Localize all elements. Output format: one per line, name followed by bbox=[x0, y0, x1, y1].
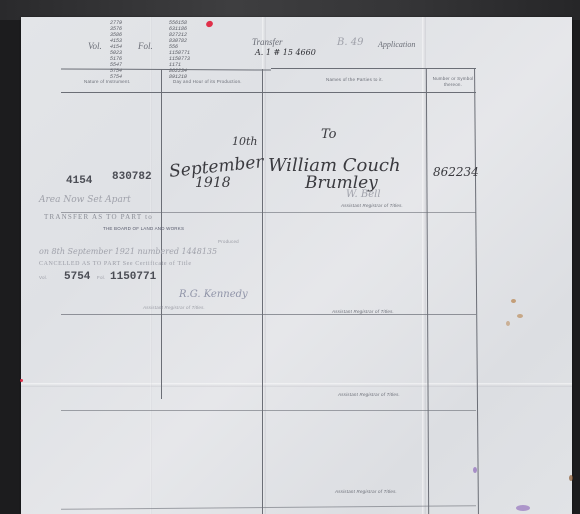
rust-stain bbox=[511, 299, 516, 303]
entry-vol: 4154 bbox=[66, 175, 92, 187]
column-divider-2 bbox=[262, 69, 263, 514]
column-header-number: Number or Symbol thereon. bbox=[432, 76, 474, 88]
new-fol-label: Fol. bbox=[97, 275, 105, 280]
column-header-bottom-rule bbox=[61, 92, 476, 93]
new-fol: 1150771 bbox=[110, 271, 156, 283]
transfer-registrar-caption: Assistant Registrar of Titles. bbox=[143, 305, 205, 310]
registrar-signature: W. Bell bbox=[346, 189, 381, 200]
application-label: Application bbox=[378, 40, 415, 49]
rust-stain bbox=[517, 314, 523, 318]
empty-registrar-caption-2: Assistant Registrar of Titles. bbox=[338, 392, 400, 397]
header-rule bbox=[61, 68, 271, 70]
row-rule-4 bbox=[61, 505, 476, 510]
entry-fol: 830782 bbox=[112, 171, 152, 183]
entry-day: 10th bbox=[232, 135, 258, 148]
purple-stain bbox=[473, 467, 477, 473]
new-vol-label: Vol. bbox=[39, 275, 47, 280]
column-divider-1 bbox=[161, 69, 162, 399]
column-divider-4 bbox=[474, 69, 479, 514]
new-vol: 5754 bbox=[64, 271, 90, 283]
entry-to-label: To bbox=[321, 127, 337, 142]
cancelled-line: CANCELLED AS TO PART See Certificate of … bbox=[39, 261, 192, 267]
transfer-rule bbox=[61, 314, 476, 315]
red-dot bbox=[20, 379, 23, 382]
transfer-signature: R.G. Kennedy bbox=[179, 289, 248, 300]
transfer-date-line: on 8th September 1921 numbered 1448135 bbox=[39, 247, 217, 256]
fol-label: Fol. bbox=[138, 41, 153, 51]
transfer-heading: TRANSFER AS TO PART to bbox=[44, 213, 153, 221]
fold-line-horizontal bbox=[21, 383, 572, 387]
transfer-party: THE BOARD OF LAND AND WORKS bbox=[103, 226, 184, 231]
transfer-label: Transfer bbox=[252, 37, 283, 47]
title-document: Vol. 27793576 35864153 41545023 51765547… bbox=[21, 17, 572, 514]
vol-label: Vol. bbox=[88, 41, 102, 51]
rust-stain bbox=[506, 321, 510, 326]
brown-stain bbox=[569, 475, 573, 481]
row-rule-3 bbox=[61, 410, 476, 411]
purple-stain bbox=[516, 505, 530, 511]
registrar-caption: Assistant Registrar of Titles. bbox=[341, 203, 403, 208]
column-header-nature: Nature of Instrument. bbox=[84, 79, 130, 84]
produced-label: Produced bbox=[218, 239, 239, 244]
vol-numbers-list: 27793576 35864153 41545023 51765547 5754… bbox=[110, 20, 122, 80]
transfer-number: A. 1 # 15 4660 bbox=[255, 48, 316, 57]
entry-number: 862234 bbox=[433, 165, 479, 179]
empty-registrar-caption-1: Assistant Registrar of Titles. bbox=[332, 309, 394, 314]
column-header-parties: Names of the Parties to it. bbox=[326, 77, 383, 82]
column-divider-3 bbox=[426, 69, 429, 514]
empty-registrar-caption-3: Assistant Registrar of Titles. bbox=[335, 489, 397, 494]
fol-numbers-list: 556158631186 827212830782 5561150771 115… bbox=[169, 20, 190, 80]
faint-note: Area Now Set Apart bbox=[39, 195, 131, 205]
header-rule-right bbox=[271, 68, 476, 69]
column-header-day: Day and Hour of its Production. bbox=[173, 79, 242, 84]
application-number: B. 49 bbox=[337, 37, 363, 48]
red-mark bbox=[205, 20, 214, 29]
entry-year: 1918 bbox=[195, 175, 231, 191]
